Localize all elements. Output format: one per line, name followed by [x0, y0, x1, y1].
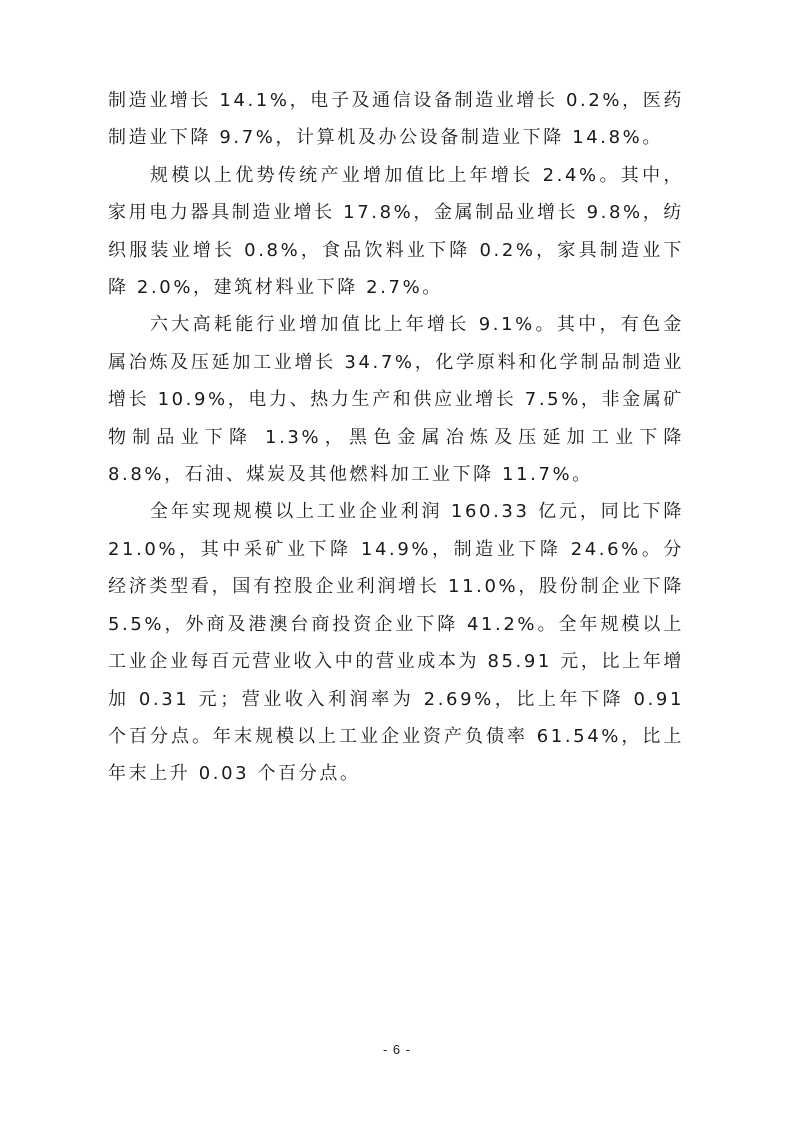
page-number: - 6 - [0, 1042, 794, 1057]
paragraph-high-tech-continued: 制造业增长 14.1%，电子及通信设备制造业增长 0.2%，医药制造业下降 9.… [108, 82, 684, 157]
paragraph-industrial-profits: 全年实现规模以上工业企业利润 160.33 亿元，同比下降 21.0%，其中采矿… [108, 493, 684, 792]
body-text: 制造业增长 14.1%，电子及通信设备制造业增长 0.2%，医药制造业下降 9.… [108, 82, 684, 793]
document-page: 制造业增长 14.1%，电子及通信设备制造业增长 0.2%，医药制造业下降 9.… [0, 0, 794, 1123]
paragraph-energy-intensive-industries: 六大高耗能行业增加值比上年增长 9.1%。其中，有色金属冶炼及压延加工业增长 3… [108, 306, 684, 493]
paragraph-traditional-industries: 规模以上优势传统产业增加值比上年增长 2.4%。其中，家用电力器具制造业增长 1… [108, 157, 684, 307]
